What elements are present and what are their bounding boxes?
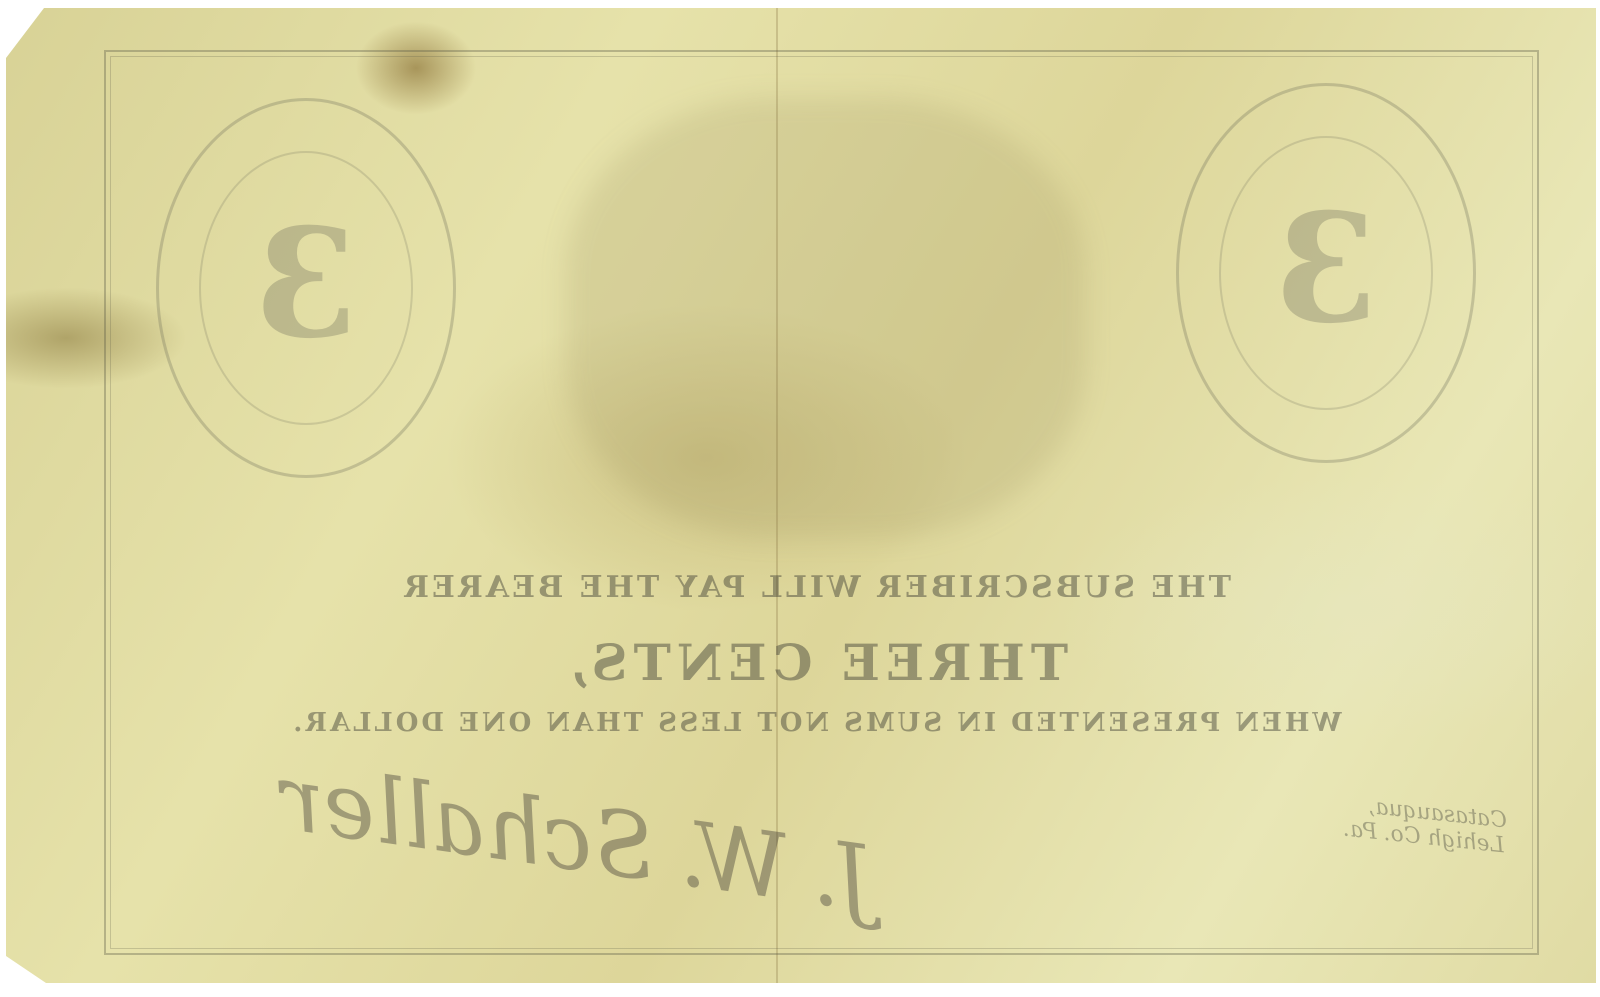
- condition-line: WHEN PRESENTED IN SUMS NOT LESS THAN ONE…: [126, 708, 1506, 738]
- denomination-oval-right: 3: [1176, 83, 1476, 463]
- denomination-oval-left: 3: [156, 98, 456, 478]
- banknote: 3 3 THE SUBSCRIBER WILL PAY THE BEARER T…: [6, 8, 1596, 983]
- amount-line: THREE CENTS,: [126, 633, 1506, 692]
- denomination-numeral: 3: [159, 196, 453, 372]
- denomination-numeral: 3: [1179, 181, 1473, 357]
- promise-line: THE SUBSCRIBER WILL PAY THE BEARER: [126, 570, 1506, 605]
